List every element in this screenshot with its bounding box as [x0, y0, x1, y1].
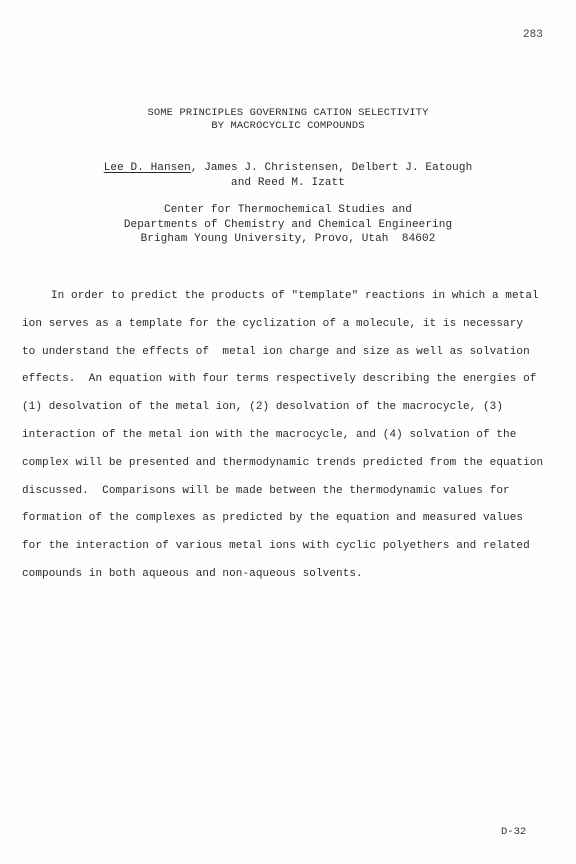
abstract-line: for the interaction of various metal ion…	[22, 539, 562, 567]
author-list: Lee D. Hansen, James J. Christensen, Del…	[0, 161, 576, 190]
author-line-1: Lee D. Hansen, James J. Christensen, Del…	[0, 161, 576, 176]
affiliation-line-3: Brigham Young University, Provo, Utah 84…	[0, 232, 576, 247]
abstract-line: ion serves as a template for the cycliza…	[22, 317, 562, 345]
abstract-line: compounds in both aqueous and non-aqueou…	[22, 567, 562, 595]
page-number: 283	[523, 29, 543, 41]
abstract-body: In order to predict the products of "tem…	[22, 289, 562, 595]
abstract-line: (1) desolvation of the metal ion, (2) de…	[22, 400, 562, 428]
title-line-1: SOME PRINCIPLES GOVERNING CATION SELECTI…	[0, 107, 576, 120]
abstract-line: effects. An equation with four terms res…	[22, 372, 562, 400]
title-line-2: BY MACROCYCLIC COMPOUNDS	[0, 120, 576, 133]
author-line-2: and Reed M. Izatt	[0, 176, 576, 191]
presenting-author: Lee D. Hansen	[104, 162, 191, 174]
abstract-line: In order to predict the products of "tem…	[22, 289, 562, 317]
paper-title: SOME PRINCIPLES GOVERNING CATION SELECTI…	[0, 107, 576, 133]
co-authors: , James J. Christensen, Delbert J. Eatou…	[191, 162, 472, 174]
affiliation: Center for Thermochemical Studies and De…	[0, 203, 576, 247]
abstract-line: formation of the complexes as predicted …	[22, 511, 562, 539]
affiliation-line-2: Departments of Chemistry and Chemical En…	[0, 218, 576, 233]
abstract-line: to understand the effects of metal ion c…	[22, 345, 562, 373]
abstract-line: interaction of the metal ion with the ma…	[22, 428, 562, 456]
affiliation-line-1: Center for Thermochemical Studies and	[0, 203, 576, 218]
footer-code: D-32	[501, 826, 526, 838]
abstract-line: discussed. Comparisons will be made betw…	[22, 484, 562, 512]
abstract-line: complex will be presented and thermodyna…	[22, 456, 562, 484]
